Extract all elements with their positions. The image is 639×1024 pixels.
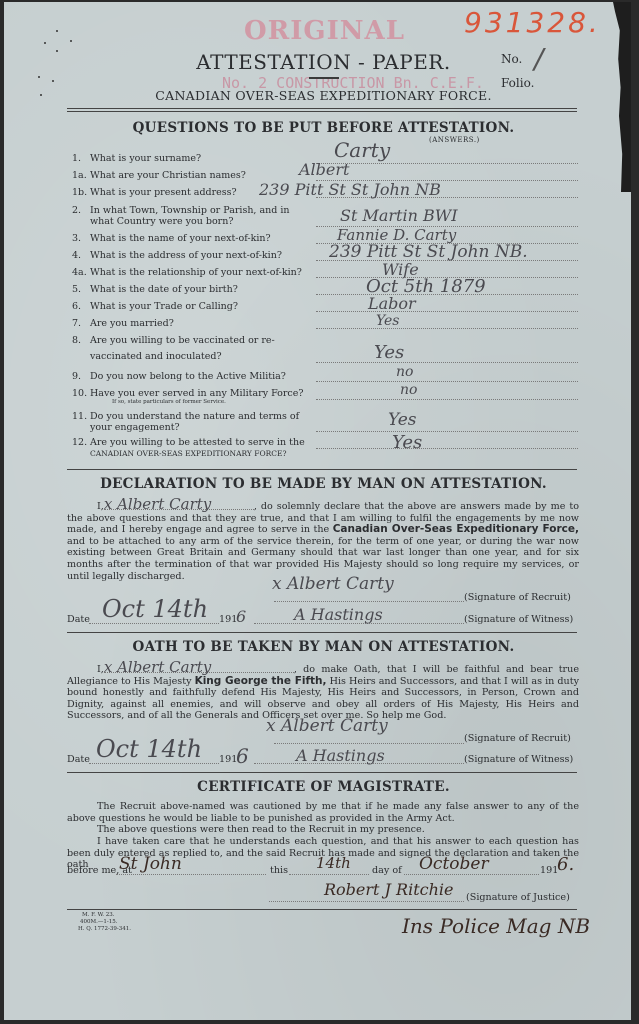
certificate-heading: CERTIFICATE OF MAGISTRATE.: [4, 779, 639, 795]
date-line: [89, 763, 219, 764]
declaration-name: x Albert Carty: [104, 499, 254, 510]
answer-line: [316, 163, 578, 164]
question-12: 12.Are you willing to be attested to ser…: [72, 437, 312, 459]
answer-8-vaccinated: Yes: [374, 342, 404, 363]
justice-signature: Robert J Ritchie: [324, 880, 454, 899]
question-10: 10.Have you ever served in any Military …: [72, 388, 312, 406]
year-prefix: 191: [219, 614, 237, 625]
question-2: 2.In what Town, Township or Parish, and …: [72, 205, 312, 227]
answer-11-understand: Yes: [388, 410, 417, 430]
title-divider: [309, 77, 339, 79]
certificate-para-2: The above questions were then read to th…: [67, 824, 579, 836]
footer-divider: [67, 909, 577, 910]
answer-4-next-of-kin-address: 239 Pitt St St John NB.: [329, 242, 528, 262]
date-label: Date: [67, 614, 90, 625]
page-subtitle: CANADIAN OVER-SEAS EXPEDITIONARY FORCE.: [4, 88, 639, 103]
serial-number: 931328.: [464, 6, 601, 39]
recruit-signature-label: (Signature of Recruit): [464, 733, 571, 744]
declaration-recruit-signature: x Albert Carty: [272, 574, 394, 594]
page-title: ATTESTATION - PAPER.: [4, 50, 639, 74]
form-code: M. F. W. 23. 400M.—1-15. H. Q. 1772-39-3…: [78, 912, 131, 933]
date-label: Date: [67, 754, 90, 765]
answer-line: [316, 399, 578, 400]
declaration-date: Oct 14th: [102, 595, 208, 623]
question-4a: 4a.What is the relationship of your next…: [72, 267, 312, 278]
certificate-month: October: [419, 854, 489, 874]
paper-speck: [52, 80, 54, 82]
question-7: 7.Are you married?: [72, 318, 312, 329]
answer-12-attested: Yes: [392, 432, 422, 453]
question-1: 1.What is your surname?: [72, 153, 312, 164]
certificate-place: St John: [119, 854, 182, 874]
answer-line: [316, 311, 578, 312]
justice-signature-label: (Signature of Justice): [466, 892, 570, 903]
justice-title: Ins Police Mag NB: [402, 914, 590, 938]
answer-line: [316, 362, 578, 363]
answer-line: [316, 328, 578, 329]
oath-heading: OATH TO BE TAKEN BY MAN ON ATTESTATION.: [4, 639, 639, 655]
answer-9-militia: no: [396, 364, 413, 380]
question-8: 8.Are you willing to be vaccinated or re…: [72, 335, 312, 362]
day-line: [289, 874, 369, 875]
paper-speck: [44, 42, 46, 44]
oath-text: I,x Albert Carty, do make Oath, that I w…: [67, 662, 579, 722]
oath-year-digit: 6: [236, 744, 249, 768]
answer-7-married: Yes: [376, 313, 400, 329]
question-4: 4.What is the address of your next-of-ki…: [72, 250, 312, 261]
question-11: 11.Do you understand the nature and term…: [72, 411, 312, 433]
witness-signature-label: (Signature of Witness): [464, 614, 573, 625]
answer-line: [316, 431, 578, 432]
folio-label: Folio.: [501, 76, 534, 90]
month-line: [404, 874, 539, 875]
declaration-text: I,x Albert Carty, do solemnly declare th…: [67, 499, 579, 582]
questions-heading: QUESTIONS TO BE PUT BEFORE ATTESTATION.: [4, 120, 639, 136]
paper-speck: [70, 40, 72, 42]
number-value: /: [534, 42, 543, 75]
answer-1-surname: Carty: [334, 138, 390, 162]
answer-2-birthplace: St Martin BWI: [340, 206, 458, 225]
oath-name: x Albert Carty: [104, 662, 294, 673]
section-divider: [67, 772, 577, 773]
answer-line: [316, 448, 578, 449]
year-prefix: 191: [219, 754, 237, 765]
paper-speck: [56, 30, 58, 32]
certificate-year-digit: 6.: [557, 854, 574, 875]
recruit-signature-line: [274, 743, 464, 744]
certificate-para-1: The Recruit above-named was cautioned by…: [67, 801, 579, 824]
question-9: 9.Do you now belong to the Active Militi…: [72, 371, 312, 382]
answer-1b-address: 239 Pitt St St John NB: [259, 180, 441, 199]
answer-line: [316, 381, 578, 382]
answer-1a-christian-names: Albert: [299, 160, 349, 179]
answer-6-trade: Labor: [368, 294, 416, 313]
question-3: 3.What is the name of your next-of-kin?: [72, 233, 312, 244]
section-divider: [67, 469, 577, 470]
question-6: 6.What is your Trade or Calling?: [72, 301, 312, 312]
date-line: [89, 623, 219, 624]
section-divider: [67, 632, 577, 633]
declaration-year-digit: 6: [236, 607, 246, 626]
paper-speck: [38, 76, 40, 78]
original-stamp: ORIGINAL: [244, 16, 405, 46]
oath-date: Oct 14th: [96, 735, 202, 763]
justice-signature-line: [269, 901, 464, 902]
number-label: No.: [501, 52, 522, 66]
this-label: this: [270, 865, 288, 876]
oath-witness-signature: A Hastings: [296, 746, 385, 765]
certificate-day: 14th: [316, 854, 351, 872]
declaration-witness-signature: A Hastings: [294, 605, 383, 624]
recruit-signature-line: [274, 601, 464, 602]
question-5: 5.What is the date of your birth?: [72, 284, 312, 295]
attestation-paper-page: ORIGINAL 931328. ATTESTATION - PAPER. No…: [4, 2, 631, 1020]
place-line: [116, 874, 266, 875]
answer-10-military-service: no: [400, 382, 417, 398]
recruit-signature-label: (Signature of Recruit): [464, 592, 571, 603]
year-prefix: 191: [540, 865, 558, 876]
answers-label: (ANSWERS.): [429, 136, 480, 144]
oath-recruit-signature: x Albert Carty: [266, 716, 388, 736]
day-of-label: day of: [372, 865, 402, 876]
witness-signature-label: (Signature of Witness): [464, 754, 573, 765]
declaration-heading: DECLARATION TO BE MADE BY MAN ON ATTESTA…: [4, 476, 639, 492]
header-double-rule: [67, 108, 577, 112]
